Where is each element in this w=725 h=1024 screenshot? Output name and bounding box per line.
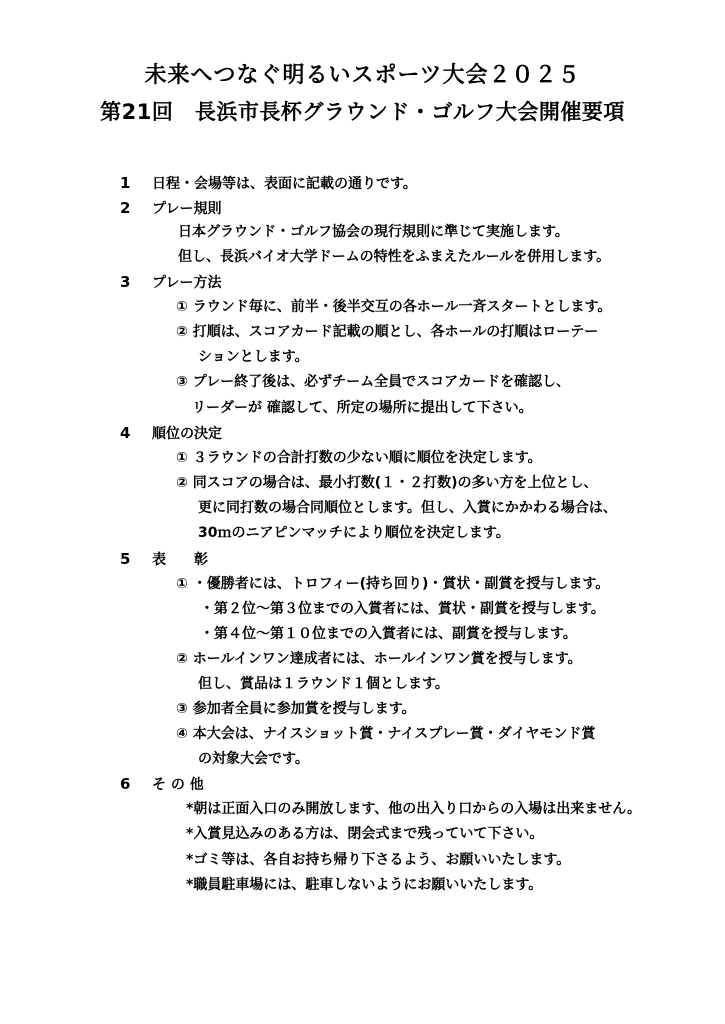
section-2-heading: 2プレー規則 [120, 199, 221, 218]
section-number: 3 [120, 273, 152, 291]
section-4-line: ① ３ラウンドの合計打数の少ない順に順位を決定します。 [176, 449, 542, 467]
section-6-line: *入賞見込みのある方は、閉会式まで残っていて下さい。 [186, 825, 543, 843]
section-1-heading: 1日程・会場等は、表面に記載の通りです。 [120, 174, 417, 193]
section-3-heading: 3プレー方法 [120, 273, 221, 292]
section-5-line: ① ・優勝者には、トロフィー(持ち回り)・賞状・副賞を授与します。 [176, 575, 609, 593]
document-title: 未来へつなぐ明るいスポーツ大会２０２５ [0, 58, 725, 89]
section-2-line: 但し、長浜バイオ大学ドームの特性をふまえたルールを併用します。 [178, 248, 610, 266]
section-4-heading: 4順位の決定 [120, 424, 222, 443]
section-5-line: ・第４位～第１０位までの入賞者には、副賞を授与します。 [200, 625, 577, 643]
section-number: 1 [120, 174, 152, 192]
section-4-line: 30ｍのニアピンマッチにより順位を決定します。 [198, 524, 510, 542]
section-6-line: *朝は正面入口のみ開放します、他の出入り口からの入場は出来ません。 [186, 800, 641, 818]
section-3-line: ③ プレー終了後は、必ずチーム全員でスコアカードを確認し、 [176, 373, 570, 391]
section-5-heading: 5表 彰 [120, 550, 208, 569]
section-number: 5 [120, 550, 152, 568]
section-5-line: ② ホールインワン達成者には、ホールインワン賞を授与します。 [176, 650, 582, 668]
section-number: 4 [120, 424, 152, 442]
section-4-line: ② 同スコアの場合は、最小打数(１・２打数)の多い方を上位とし、 [176, 474, 598, 492]
section-3-line: ② 打順は、スコアカード記載の順とし、各ホールの打順はローテー [176, 323, 598, 341]
section-6-line: *職員駐車場には、駐車しないようにお願いいたします。 [186, 876, 542, 894]
section-6-line: *ゴミ等は、各自お持ち帰り下さるよう、お願いいたします。 [186, 851, 570, 869]
section-5-line: の対象大会です。 [198, 750, 309, 768]
section-5-line: ・第２位～第３位までの入賞者には、賞状・副賞を授与します。 [200, 600, 605, 618]
section-number: 2 [120, 199, 152, 217]
section-2-line: 日本グラウンド・ゴルフ協会の現行規則に準じて実施します。 [178, 223, 569, 241]
section-3-line: ションとします。 [198, 348, 309, 366]
section-4-line: 更に同打数の場合同順位とします。但し、入賞にかかわる場合は、 [198, 499, 617, 517]
section-5-line: 但し、賞品は１ラウンド１個とします。 [198, 675, 449, 693]
section-3-line: リーダーが 確認して、所定の場所に提出して下さい。 [192, 399, 533, 417]
section-6-heading: 6そ の 他 [120, 775, 204, 794]
document-subtitle: 第21回 長浜市長杯グラウンド・ゴルフ大会開催要項 [0, 96, 725, 126]
section-5-line: ④ 本大会は、ナイスショット賞・ナイスプレー賞・ダイヤモンド賞 [176, 725, 595, 743]
section-5-line: ③ 参加者全員に参加賞を授与します。 [176, 700, 416, 718]
section-number: 6 [120, 775, 152, 793]
section-3-line: ① ラウンド毎に、前半・後半交互の各ホール一斉スタートとします。 [176, 298, 611, 316]
